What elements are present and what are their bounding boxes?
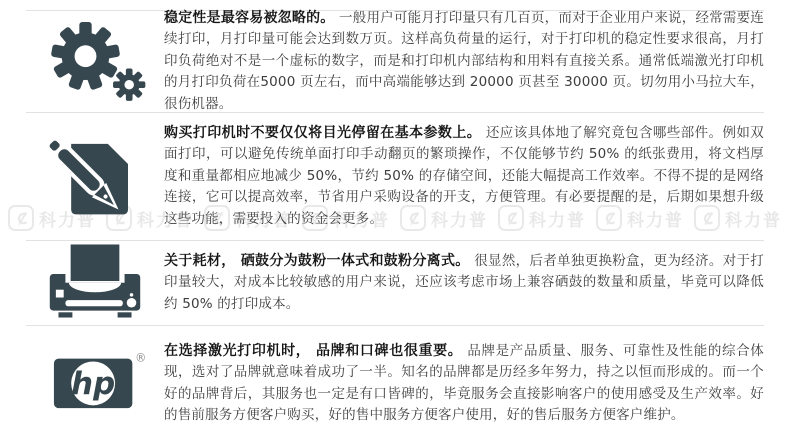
gears-icon [38,18,152,106]
section-features: 购买打印机时不要仅仅将目光停留在基本参数上。 还应该具体地了解究竟包含哪些部件。… [26,112,764,240]
section-brand-text: 在选择激光打印机时， 品牌和口碑也很重要。 品牌是产品质量、服务、可靠性及性能的… [164,341,764,427]
section-stability-text: 稳定性是最容易被忽略的。 一般用户可能月打印量只有几百页，而对于企业用户来说，经… [164,8,764,116]
section-consumables: 关于耗材， 硒鼓分为鼓粉一体式和鼓粉分离式。 很显然，后者单独更换粉盒，更为经济… [26,240,764,325]
section-heading: 关于耗材， 硒鼓分为鼓粉一体式和鼓粉分离式。 [164,253,470,269]
section-brand: hp ® 在选择激光打印机时， 品牌和口碑也很重要。 品牌是产品质量、服务、可靠… [26,325,764,441]
registered-mark: ® [135,351,146,364]
section-heading: 稳定性是最容易被忽略的。 [164,10,335,26]
section-brand-icon-cell: hp ® [26,336,164,432]
section-features-icon-cell [26,128,164,226]
section-heading: 购买打印机时不要仅仅将目光停留在基本参数上。 [164,125,481,141]
section-features-text: 购买打印机时不要仅仅将目光停留在基本参数上。 还应该具体地了解究竟包含哪些部件。… [164,123,764,231]
section-heading: 在选择激光打印机时， 品牌和口碑也很重要。 [164,343,462,359]
pen-document-icon [40,128,150,226]
section-stability-icon-cell [26,18,164,106]
section-consumables-icon-cell [26,241,164,325]
content-column: 稳定性是最容易被忽略的。 一般用户可能月打印量只有几百页，而对于企业用户来说，经… [26,0,764,441]
svg-text:hp: hp [71,366,115,402]
section-consumables-text: 关于耗材， 硒鼓分为鼓粉一体式和鼓粉分离式。 很显然，后者单独更换粉盒，更为经济… [164,251,764,316]
hp-logo-icon: hp ® [39,336,151,432]
printer-guide-page: 科力普 科力普 科力普 [0,0,790,441]
section-stability: 稳定性是最容易被忽略的。 一般用户可能月打印量只有几百页，而对于企业用户来说，经… [26,10,764,112]
printer-icon [42,241,148,325]
